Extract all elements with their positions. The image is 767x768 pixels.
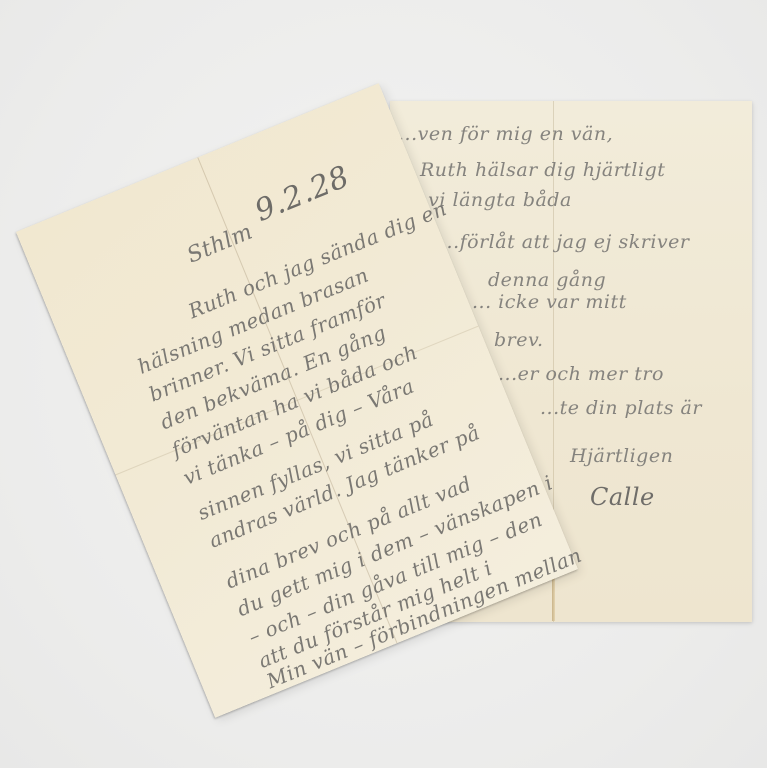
handwritten-line: brev.	[494, 329, 544, 351]
handwritten-line: ...te din plats är	[540, 397, 702, 419]
letter-place: Sthlm	[184, 219, 257, 268]
handwritten-line: ... icke var mitt	[472, 291, 627, 313]
handwritten-line: Ruth hälsar dig hjärtligt	[420, 159, 665, 181]
handwritten-line: ...er och mer tro	[498, 363, 664, 385]
photo-scene: ...ven för mig en vän, Ruth hälsar dig h…	[0, 0, 767, 768]
handwritten-line: ...förlåt att jag ej skriver	[440, 231, 689, 253]
handwritten-line: ...ven för mig en vän,	[398, 123, 613, 145]
letter-date: 9.2.28	[250, 159, 354, 229]
letter-closing: Hjärtligen	[570, 445, 673, 467]
letter-signature: Calle	[590, 483, 655, 511]
handwritten-line: denna gång	[488, 269, 606, 291]
